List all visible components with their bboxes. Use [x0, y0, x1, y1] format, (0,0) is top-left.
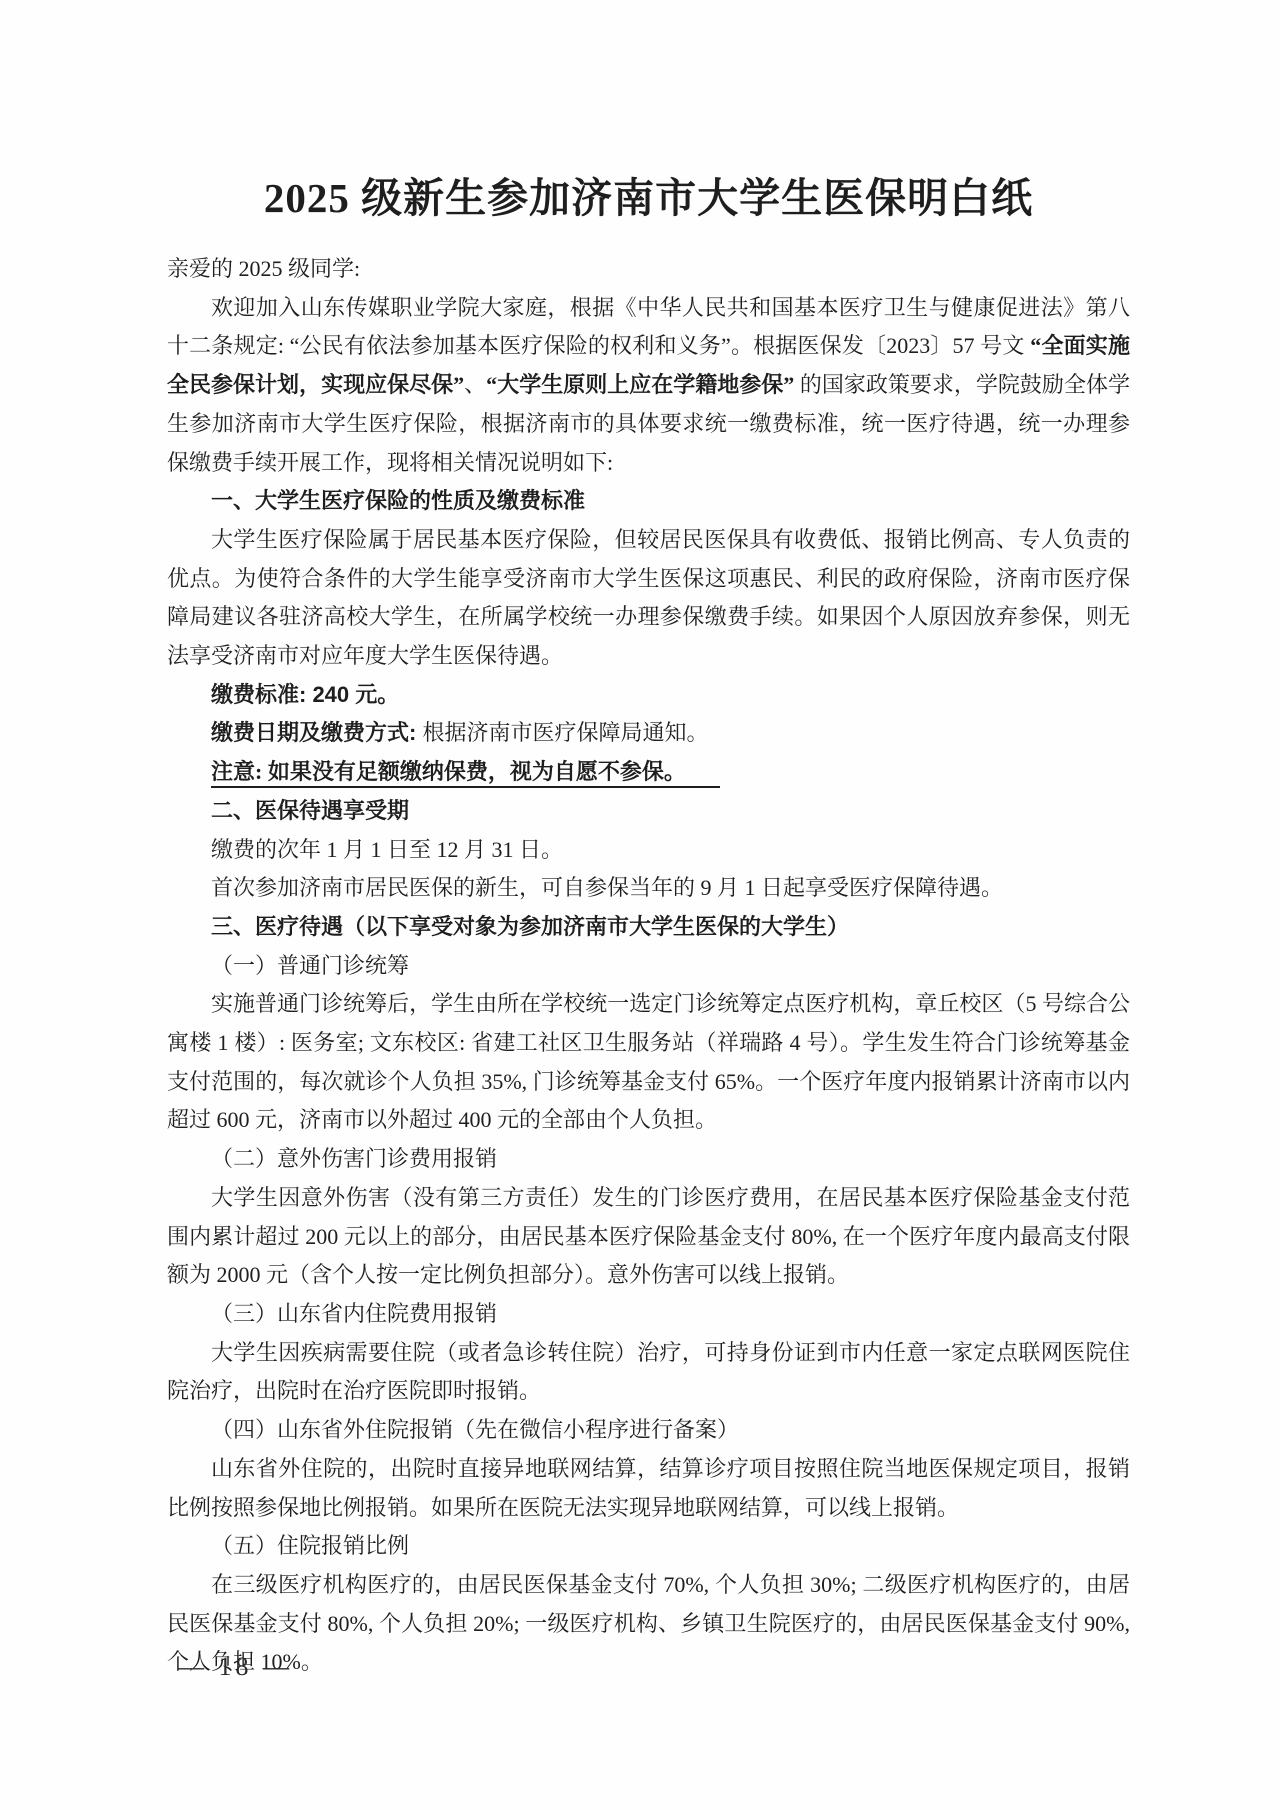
- document-title: 2025 级新生参加济南市大学生医保明白纸: [167, 165, 1130, 224]
- section2-paragraph-1: 缴费的次年 1 月 1 日至 12 月 31 日。: [167, 831, 1130, 870]
- intro-segment: 、: [464, 372, 486, 397]
- fee-standard-text: 缴费标准: 240 元。: [211, 682, 399, 707]
- fee-standard-line: 缴费标准: 240 元。: [167, 676, 1130, 715]
- greeting-line: 亲爱的 2025 级同学:: [167, 250, 1130, 289]
- section1-paragraph: 大学生医疗保险属于居民基本医疗保险，但较居民医保具有收费低、报销比例高、专人负责…: [167, 521, 1130, 676]
- document-content: 2025 级新生参加济南市大学生医保明白纸 亲爱的 2025 级同学: 欢迎加入…: [167, 165, 1130, 1682]
- subsection-paragraph: 实施普通门诊统筹后，学生由所在学校统一选定门诊统筹定点医疗机构，章丘校区（5 号…: [167, 985, 1130, 1140]
- subsection-paragraph: 山东省外住院的，出院时直接异地联网结算，结算诊疗项目按照住院当地医保规定项目，报…: [167, 1450, 1130, 1527]
- fee-date-line: 缴费日期及缴费方式: 根据济南市医疗保障局通知。: [167, 714, 1130, 753]
- subsection-heading: （二）意外伤害门诊费用报销: [167, 1140, 1130, 1179]
- document-page: 2025 级新生参加济南市大学生医保明白纸 亲爱的 2025 级同学: 欢迎加入…: [0, 0, 1280, 1810]
- section3-heading: 三、医疗待遇（以下享受对象为参加济南市大学生医保的大学生）: [167, 908, 1130, 947]
- subsection-heading: （三）山东省内住院费用报销: [167, 1295, 1130, 1334]
- intro-segment: 欢迎加入山东传媒职业学院大家庭，根据《中华人民共和国基本医疗卫生与健康促进法》第…: [167, 295, 1130, 359]
- subsection-heading: （一）普通门诊统筹: [167, 947, 1130, 986]
- intro-paragraph: 欢迎加入山东传媒职业学院大家庭，根据《中华人民共和国基本医疗卫生与健康促进法》第…: [167, 289, 1130, 483]
- section1-heading: 一、大学生医疗保险的性质及缴费标准: [167, 482, 1130, 521]
- section2-paragraph-2: 首次参加济南市居民医保的新生，可自参保当年的 9 月 1 日起享受医疗保障待遇。: [167, 869, 1130, 908]
- fee-date-text: 根据济南市医疗保障局通知。: [422, 720, 708, 745]
- subsection-paragraph: 在三级医疗机构医疗的，由居民医保基金支付 70%, 个人负担 30%; 二级医疗…: [167, 1566, 1130, 1682]
- subsection-heading: （五）住院报销比例: [167, 1527, 1130, 1566]
- subsection-heading: （四）山东省外住院报销（先在微信小程序进行备案）: [167, 1411, 1130, 1450]
- intro-bold-policy-2: “大学生原则上应在学籍地参保”: [486, 372, 794, 397]
- subsection-paragraph: 大学生因意外伤害（没有第三方责任）发生的门诊医疗费用，在居民基本医疗保险基金支付…: [167, 1179, 1130, 1295]
- subsection-paragraph: 大学生因疾病需要住院（或者急诊转住院）治疗，可持身份证到市内任意一家定点联网医院…: [167, 1334, 1130, 1411]
- section2-heading: 二、医保待遇享受期: [167, 792, 1130, 831]
- notice-text: 注意: 如果没有足额缴纳保费，视为自愿不参保。: [211, 759, 720, 788]
- notice-line: 注意: 如果没有足额缴纳保费，视为自愿不参保。: [167, 753, 1130, 792]
- page-number: — 18 —: [178, 1652, 293, 1682]
- fee-date-label: 缴费日期及缴费方式:: [211, 720, 422, 745]
